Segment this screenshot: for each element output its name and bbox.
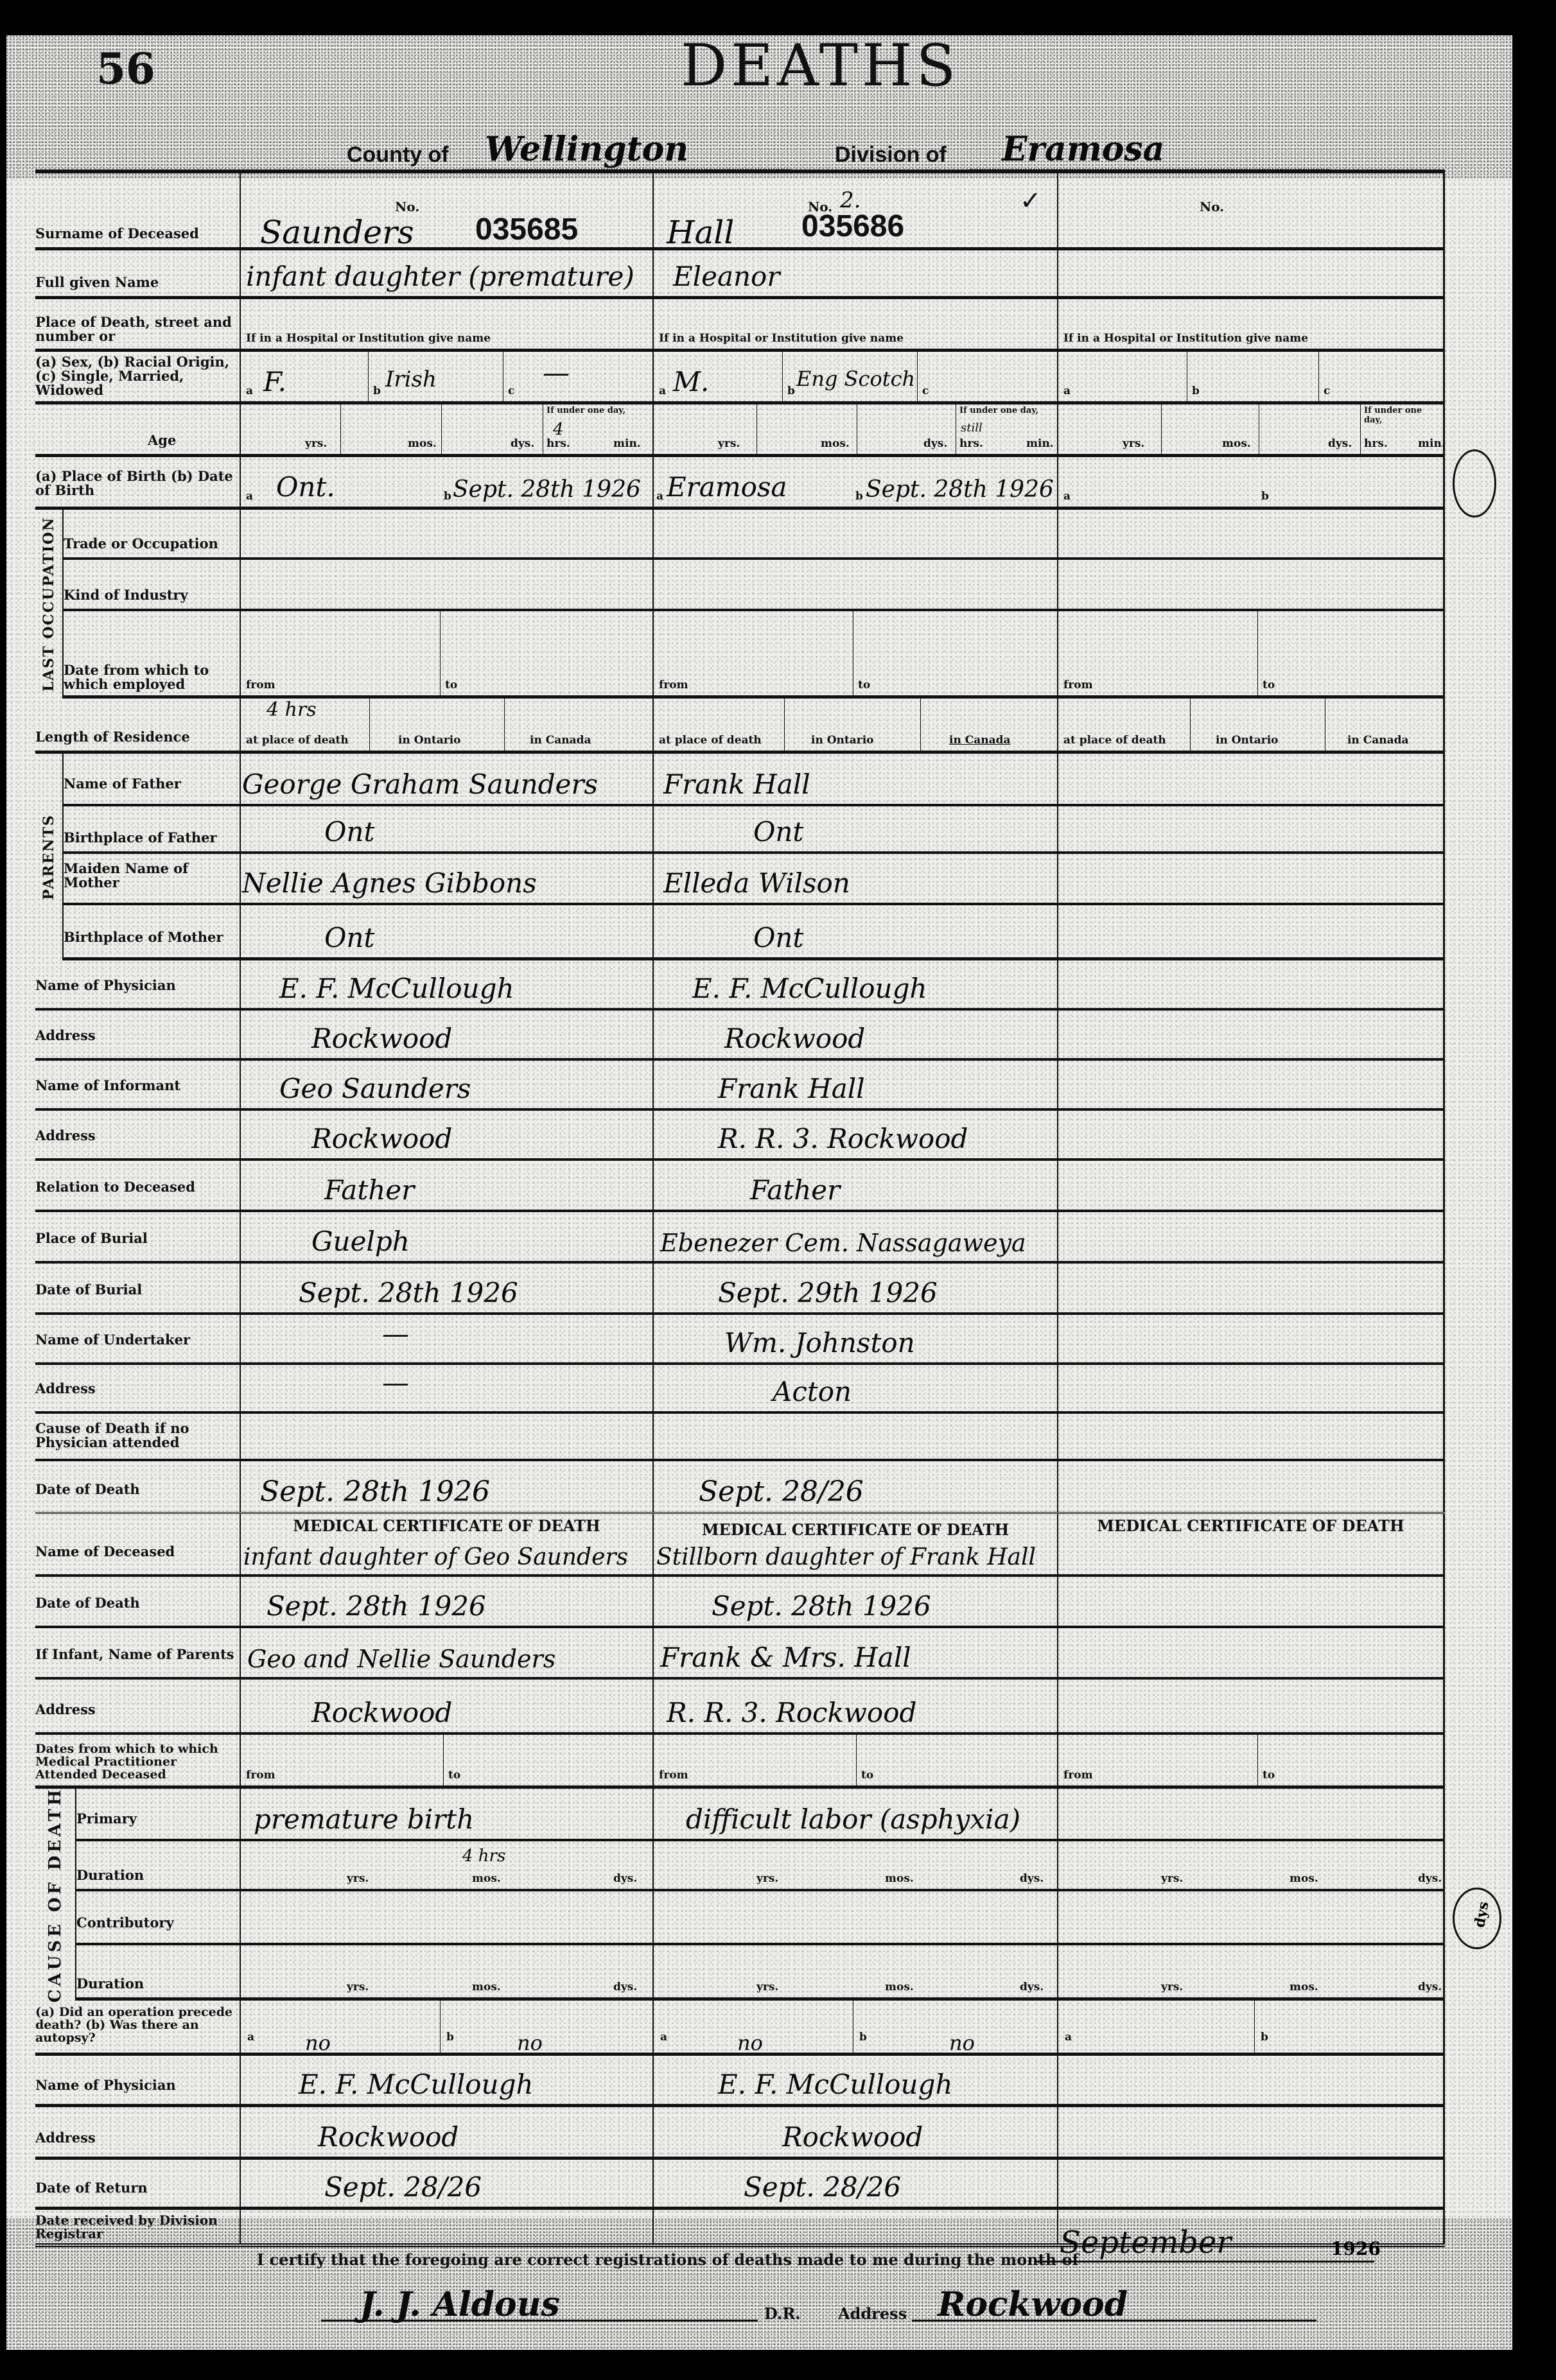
county-label: County of [347, 143, 449, 168]
certification-month-line: September 1926 [1034, 2218, 1374, 2263]
division-value: Eramosa [1002, 130, 1164, 169]
row-undertaker-address: Address — Acton [35, 1365, 1445, 1414]
address-label: Address [838, 2304, 907, 2323]
division-label: Division of [835, 143, 947, 168]
row-cause-contributory: Contributory [76, 1891, 1445, 1945]
row-surname: Surname of Deceased No. 035685 Saunders … [35, 169, 1445, 250]
margin-circle-mark [1453, 449, 1496, 517]
row-relation: Relation to Deceased Father Father [35, 1161, 1445, 1212]
label-surname: Surname of Deceased [35, 173, 241, 247]
medical-certificate-heading: MEDICAL CERTIFICATE OF DEATH [241, 1516, 652, 1535]
page-number: 56 [96, 44, 155, 94]
county-division-row: County of Wellington Division of Eramosa [347, 132, 1329, 170]
parents-block: PARENTS Name of Father George Graham Sau… [35, 754, 1445, 960]
row-operation-autopsy: (a) Did an operation precede death? (b) … [35, 2001, 1445, 2056]
deaths-register-form: Surname of Deceased No. 035685 Saunders … [35, 169, 1445, 2247]
row-contributory-duration: Duration yrs.mos.dys. yrs.mos.dys. yrs.m… [76, 1945, 1445, 2001]
page-title: DEATHS [681, 32, 959, 100]
row-sex-race-status: (a) Sex, (b) Racial Origin, (c) Single, … [35, 352, 1445, 404]
row-med-name-of-deceased: Name of Deceased MEDICAL CERTIFICATE OF … [35, 1514, 1445, 1577]
row-age: Age yrs. mos. dys. If under one day, 4 h… [35, 404, 1445, 457]
row-physician: Name of Physician E. F. McCullough E. F.… [35, 960, 1445, 1011]
row-informant-address: Address Rockwood R. R. 3. Rockwood [35, 1111, 1445, 1161]
row-cause-primary: Primary premature birth difficult labor … [76, 1789, 1445, 1841]
row-mother-birthplace: Birthplace of Mother Ont Ont [64, 905, 1445, 960]
record2-surname: No. 2. 035686 Hall ✓ [654, 173, 1058, 247]
row-full-given-name: Full given Name infant daughter (prematu… [35, 250, 1445, 299]
row-birth: (a) Place of Birth (b) Date of Birth aOn… [35, 457, 1445, 510]
row-attended: Dates from which to which Medical Practi… [35, 1735, 1445, 1789]
certification-year: 1926 [1331, 2238, 1381, 2259]
row-date-of-burial: Date of Burial Sept. 28th 1926 Sept. 29t… [35, 1264, 1445, 1315]
record1-surname: No. 035685 Saunders [241, 173, 654, 247]
row-trade: Trade or Occupation [64, 510, 1445, 560]
row-informant: Name of Informant Geo Saunders Frank Hal… [35, 1061, 1445, 1111]
last-occupation-block: LAST OCCUPATION Trade or Occupation Kind… [35, 510, 1445, 699]
certification-month: September [1060, 2225, 1231, 2261]
row-employed: Date from which to which employed fromto… [64, 611, 1445, 699]
row-cause-no-physician: Cause of Death if no Physician attended [35, 1414, 1445, 1461]
registrar-signature: J. J. Aldous [360, 2285, 560, 2324]
cause-of-death-block: CAUSE OF DEATH Primary premature birth d… [35, 1789, 1445, 2001]
record2-registration-no: 035686 [801, 209, 904, 244]
row-father-birthplace: Birthplace of Father Ont Ont [64, 806, 1445, 854]
row-place-of-death: Place of Death, street and number or If … [35, 299, 1445, 352]
row-residence: Length of Residence 4 hrs at place of de… [35, 699, 1445, 754]
row-infant-parents: If Infant, Name of Parents Geo and Nelli… [35, 1628, 1445, 1680]
checkmark-icon: ✓ [1020, 186, 1042, 216]
row-med-address: Address Rockwood R. R. 3. Rockwood [35, 1680, 1445, 1735]
margin-circle-dys: dys [1453, 1888, 1501, 1949]
registrar-address: Rockwood [938, 2285, 1128, 2324]
cause-of-death-label: CAUSE OF DEATH [46, 1787, 65, 2002]
record1-registration-no: 035685 [475, 212, 578, 247]
record3-surname: No. [1058, 173, 1445, 247]
row-physician-address: Address Rockwood Rockwood [35, 1011, 1445, 1061]
row-date-of-return: Date of Return Sept. 28/26 Sept. 28/26 [35, 2160, 1445, 2210]
certification-statement: I certify that the foregoing are correct… [257, 2250, 1079, 2269]
dr-label: D.R. [764, 2304, 801, 2323]
row-mother-maiden: Maiden Name of Mother Nellie Agnes Gibbo… [64, 854, 1445, 905]
row-industry: Kind of Industry [64, 560, 1445, 611]
row-place-of-burial: Place of Burial Guelph Ebenezer Cem. Nas… [35, 1212, 1445, 1264]
row-cert-physician: Name of Physician E. F. McCullough E. F.… [35, 2056, 1445, 2107]
last-occupation-label: LAST OCCUPATION [40, 517, 57, 692]
row-undertaker: Name of Undertaker — Wm. Johnston [35, 1315, 1445, 1365]
row-cert-physician-address: Address Rockwood Rockwood [35, 2107, 1445, 2160]
parents-label: PARENTS [40, 814, 57, 899]
row-primary-duration: Duration yrs. 4 hrs mos.dys. yrs.mos.dys… [76, 1841, 1445, 1891]
row-father-name: Name of Father George Graham Saunders Fr… [64, 754, 1445, 806]
row-date-of-death: Date of Death Sept. 28th 1926 Sept. 28/2… [35, 1461, 1445, 1514]
row-med-date-of-death: Date of Death Sept. 28th 1926 Sept. 28th… [35, 1577, 1445, 1628]
county-value: Wellington [485, 130, 688, 169]
registrar-signature-row: J. J. Aldous D.R. Address Rockwood [321, 2286, 1316, 2331]
